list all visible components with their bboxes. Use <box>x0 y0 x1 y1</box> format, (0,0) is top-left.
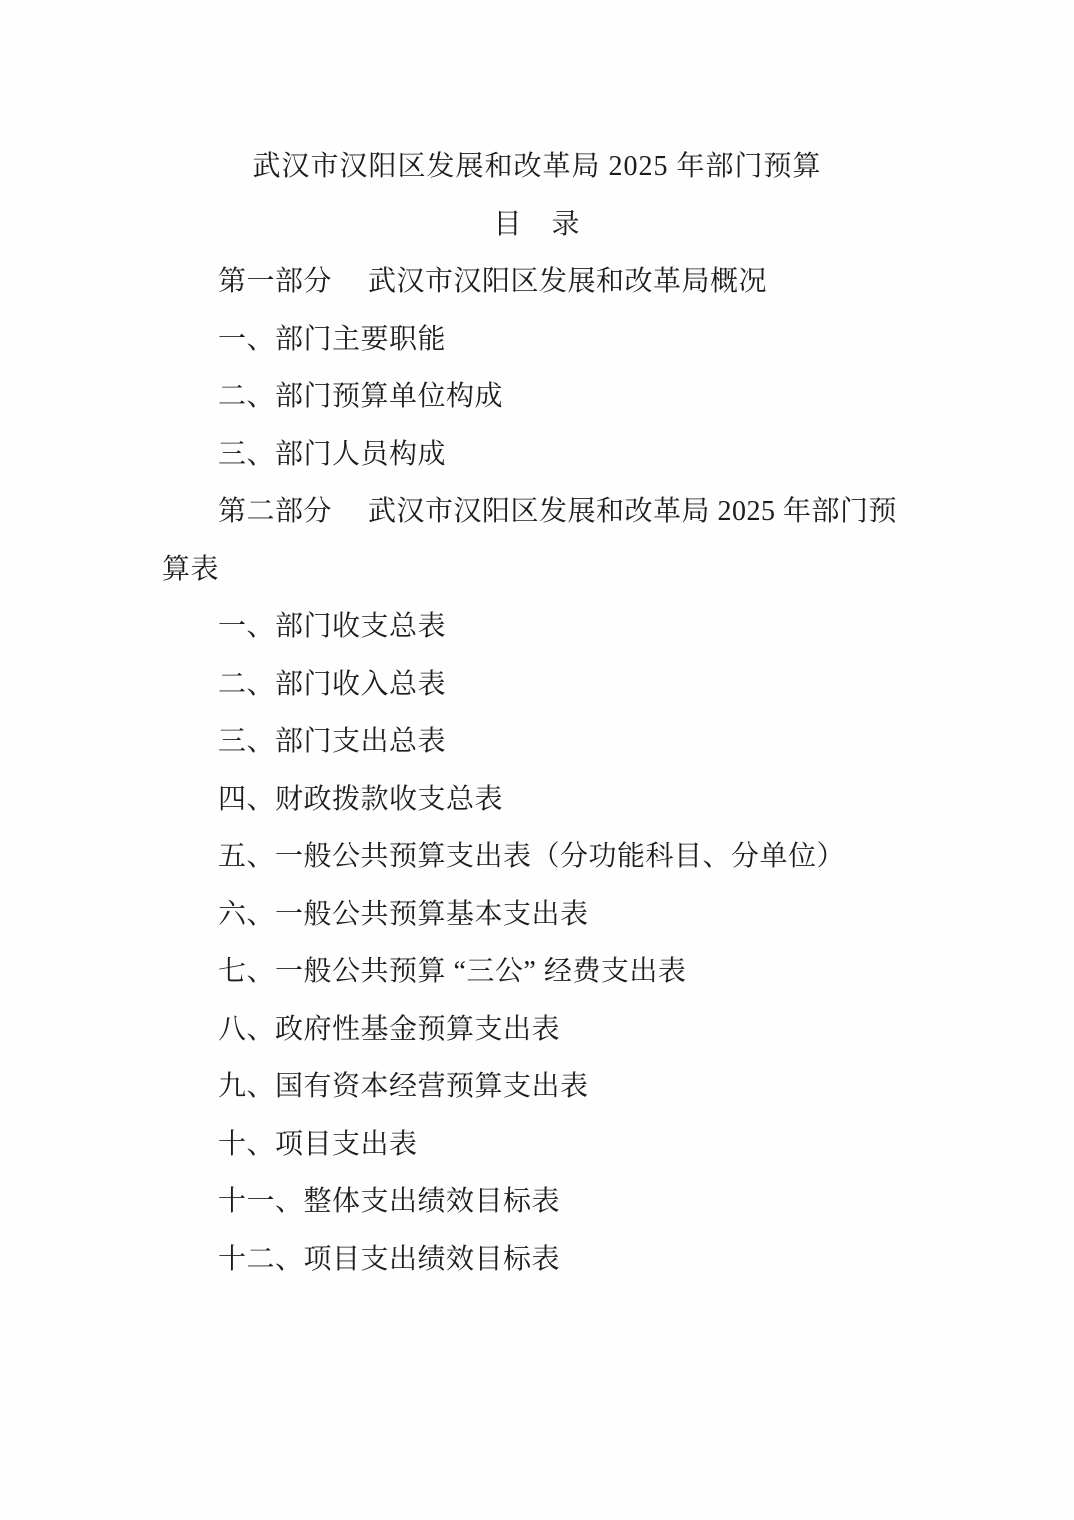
toc-line-part1: 第一部分 武汉市汉阳区发展和改革局概况 <box>162 253 912 311</box>
toc-line-table-9: 九、国有资本经营预算支出表 <box>162 1058 912 1116</box>
toc-heading: 目 录 <box>162 196 912 254</box>
toc-line-part1-item2: 二、部门预算单位构成 <box>162 368 912 426</box>
toc-content: 武汉市汉阳区发展和改革局 2025 年部门预算 目 录 第一部分 武汉市汉阳区发… <box>162 138 912 1288</box>
toc-line-table-6: 六、一般公共预算基本支出表 <box>162 886 912 944</box>
document-page: 武汉市汉阳区发展和改革局 2025 年部门预算 目 录 第一部分 武汉市汉阳区发… <box>0 0 1074 1520</box>
toc-line-part2: 第二部分 武汉市汉阳区发展和改革局 2025 年部门预 <box>162 483 912 541</box>
toc-line-part1-item3: 三、部门人员构成 <box>162 426 912 484</box>
toc-line-part2-wrap: 算表 <box>162 541 912 599</box>
toc-line-table-12: 十二、项目支出绩效目标表 <box>162 1231 912 1289</box>
toc-line-table-7: 七、一般公共预算 “三公” 经费支出表 <box>162 943 912 1001</box>
toc-line-table-11: 十一、整体支出绩效目标表 <box>162 1173 912 1231</box>
document-title: 武汉市汉阳区发展和改革局 2025 年部门预算 <box>162 138 912 196</box>
toc-line-table-1: 一、部门收支总表 <box>162 598 912 656</box>
toc-line-table-3: 三、部门支出总表 <box>162 713 912 771</box>
toc-line-table-8: 八、政府性基金预算支出表 <box>162 1001 912 1059</box>
toc-line-table-2: 二、部门收入总表 <box>162 656 912 714</box>
toc-line-table-5: 五、一般公共预算支出表（分功能科目、分单位） <box>162 828 912 886</box>
toc-line-table-4: 四、财政拨款收支总表 <box>162 771 912 829</box>
toc-line-part1-item1: 一、部门主要职能 <box>162 311 912 369</box>
toc-line-table-10: 十、项目支出表 <box>162 1116 912 1174</box>
